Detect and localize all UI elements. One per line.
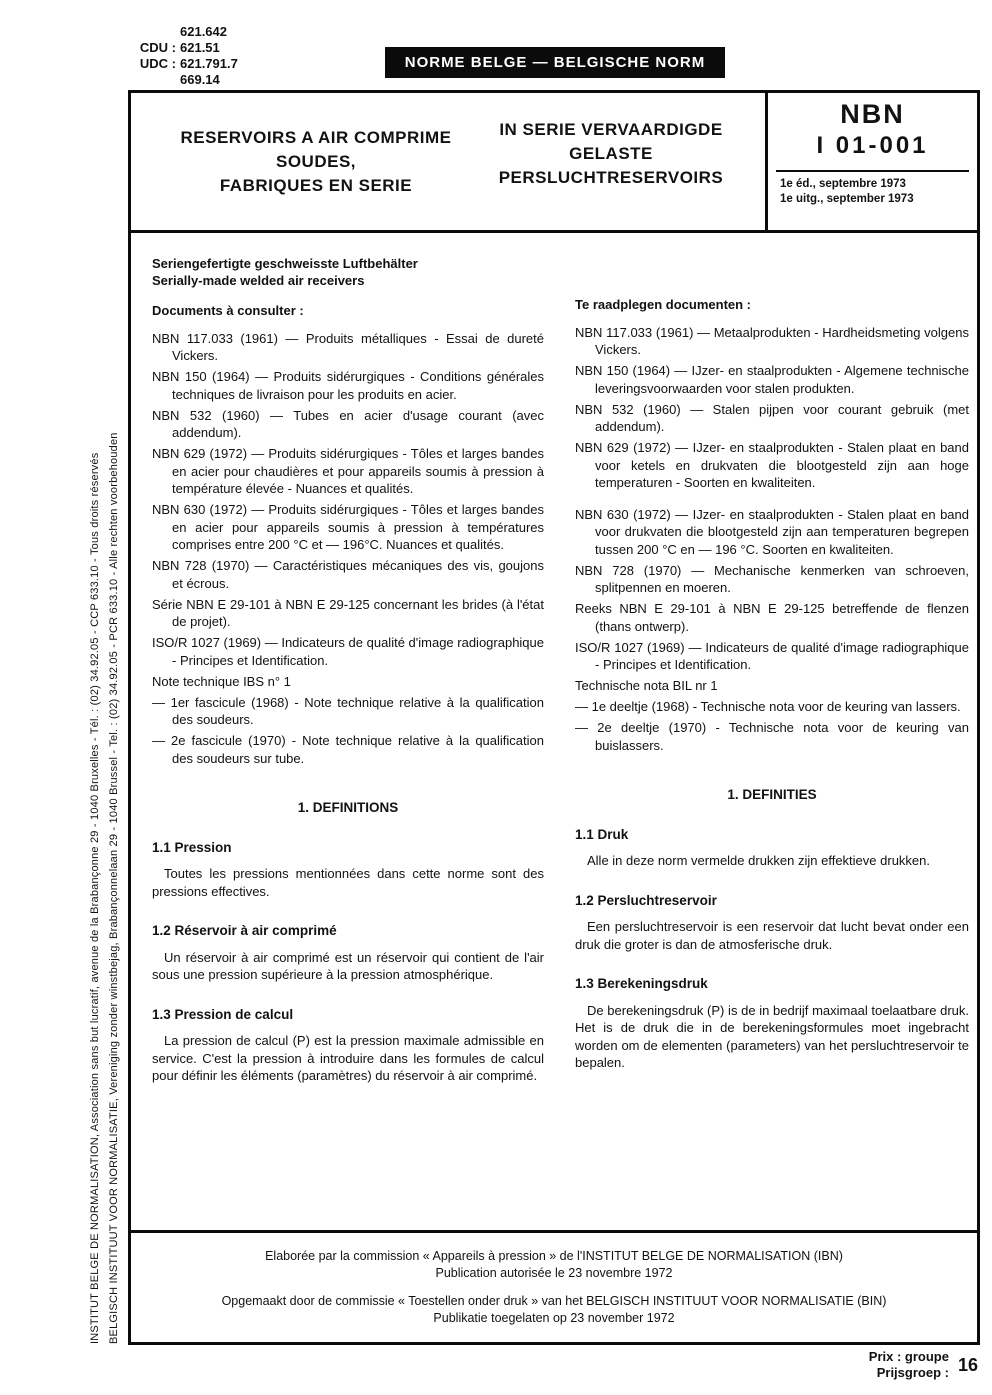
doc-item: Série NBN E 29-101 à NBN E 29-125 concer… [152, 596, 544, 631]
code-label [128, 72, 176, 88]
doc-item: — 1e deeltje (1968) - Technische nota vo… [575, 698, 969, 716]
definitions-heading-fr: 1. DEFINITIONS [152, 799, 544, 817]
code-row: CDU : 621.51 [128, 40, 238, 56]
definition-title: 1.2 Réservoir à air comprimé [152, 922, 544, 940]
edition-dutch: 1e uitg., september 1973 [768, 192, 977, 207]
price-label-nl: Prijsgroep : [869, 1365, 949, 1381]
doc-item: NBN 630 (1972) — IJzer- en staalprodukte… [575, 506, 969, 559]
imprint-line-fr: INSTITUT BELGE DE NORMALISATION, Associa… [86, 92, 105, 1344]
code-label: UDC : [128, 56, 176, 72]
doc-item: Reeks NBN E 29-101 à NBN E 29-125 betref… [575, 600, 969, 635]
document-header: RESERVOIRS A AIR COMPRIME SOUDES, FABRIQ… [131, 93, 977, 233]
doc-item: Note technique IBS n° 1 [152, 673, 544, 691]
imprint-line-nl: BELGISCH INSTITUUT VOOR NORMALISATIE, Ve… [105, 92, 124, 1344]
code-row: 669.14 [128, 72, 238, 88]
code-label [128, 24, 176, 40]
doc-item: NBN 150 (1964) — IJzer- en staalprodukte… [575, 362, 969, 397]
definition-title: 1.3 Berekeningsdruk [575, 975, 969, 993]
doc-item: — 2e fascicule (1970) - Note technique r… [152, 732, 544, 767]
definition-body: Un réservoir à air comprimé est un réser… [152, 949, 544, 984]
norm-reference-box: NBN I 01-001 1e éd., septembre 1973 1e u… [765, 93, 977, 230]
footer-line-nl-1: Opgemaakt door de commissie « Toestellen… [131, 1293, 977, 1310]
footer-line-fr-2: Publication autorisée le 23 novembre 197… [131, 1265, 977, 1282]
norm-banner: NORME BELGE — BELGISCHE NORM [385, 47, 725, 78]
price-label-fr: Prix : groupe [869, 1349, 949, 1365]
doc-item: NBN 150 (1964) — Produits sidérurgiques … [152, 368, 544, 403]
definition-body: De berekeningsdruk (P) is de in bedrijf … [575, 1002, 969, 1072]
subtitle-german: Seriengefertigte geschweisste Luftbehält… [152, 255, 544, 272]
doc-item: NBN 728 (1970) — Caractéristiques mécani… [152, 557, 544, 592]
doc-item: Technische nota BIL nr 1 [575, 677, 969, 695]
doc-item: NBN 630 (1972) — Produits sidérurgiques … [152, 501, 544, 554]
footer-line-fr-1: Elaborée par la commission « Appareils à… [131, 1248, 977, 1265]
code-value: 621.642 [180, 24, 227, 40]
code-row: 621.642 [128, 24, 238, 40]
doc-item: NBN 532 (1960) — Tubes en acier d'usage … [152, 407, 544, 442]
code-value: 669.14 [180, 72, 220, 88]
scanned-standard-page: { "codes": [ { "label": "", "value": "62… [0, 0, 992, 1395]
title-dutch-line: GELASTE [476, 142, 746, 166]
column-dutch: Te raadplegen documenten : NBN 117.033 (… [575, 236, 969, 1072]
document-frame: RESERVOIRS A AIR COMPRIME SOUDES, FABRIQ… [128, 90, 980, 1345]
norm-org: NBN [768, 99, 977, 130]
commission-footer: Elaborée par la commission « Appareils à… [131, 1230, 977, 1342]
definition-body: La pression de calcul (P) est la pressio… [152, 1032, 544, 1085]
doc-item: ISO/R 1027 (1969) — Indicateurs de quali… [152, 634, 544, 669]
code-label: CDU : [128, 40, 176, 56]
definition-title: 1.1 Druk [575, 826, 969, 844]
doc-item: NBN 532 (1960) — Stalen pijpen voor cour… [575, 401, 969, 436]
title-french: RESERVOIRS A AIR COMPRIME SOUDES, FABRIQ… [151, 126, 481, 198]
classification-codes: 621.642 CDU : 621.51 UDC : 621.791.7 669… [128, 24, 238, 88]
definition-body: Toutes les pressions mentionnées dans ce… [152, 865, 544, 900]
doc-item: NBN 629 (1972) — IJzer- en staalprodukte… [575, 439, 969, 492]
definition-title: 1.2 Persluchtreservoir [575, 892, 969, 910]
definition-body: Een persluchtreservoir is een reservoir … [575, 918, 969, 953]
doc-item: NBN 629 (1972) — Produits sidérurgiques … [152, 445, 544, 498]
code-row: UDC : 621.791.7 [128, 56, 238, 72]
title-french-line: SOUDES, [151, 150, 481, 174]
price-group: Prix : groupe Prijsgroep : 16 [869, 1349, 978, 1381]
doc-item: NBN 117.033 (1961) — Produits métallique… [152, 330, 544, 365]
price-labels: Prix : groupe Prijsgroep : [869, 1349, 949, 1381]
definition-title: 1.3 Pression de calcul [152, 1006, 544, 1024]
doc-item: NBN 117.033 (1961) — Metaalprodukten - H… [575, 324, 969, 359]
price-group-value: 16 [958, 1355, 978, 1376]
definition-body: Alle in deze norm vermelde drukken zijn … [575, 852, 969, 870]
title-dutch-line: IN SERIE VERVAARDIGDE [476, 118, 746, 142]
institute-imprint: INSTITUT BELGE DE NORMALISATION, Associa… [86, 92, 124, 1344]
column-french: Seriengefertigte geschweisste Luftbehält… [152, 236, 544, 1085]
docs-heading-fr: Documents à consulter : [152, 302, 544, 320]
doc-item: — 1er fascicule (1968) - Note technique … [152, 694, 544, 729]
code-value: 621.791.7 [180, 56, 238, 72]
norm-code: I 01-001 [768, 132, 977, 160]
doc-item: ISO/R 1027 (1969) — Indicateurs de quali… [575, 639, 969, 674]
reference-divider [776, 170, 969, 172]
title-french-line: FABRIQUES EN SERIE [151, 174, 481, 198]
title-dutch: IN SERIE VERVAARDIGDE GELASTE PERSLUCHTR… [476, 118, 746, 190]
docs-heading-nl: Te raadplegen documenten : [575, 296, 969, 314]
doc-item: NBN 728 (1970) — Mechanische kenmerken v… [575, 562, 969, 597]
definition-title: 1.1 Pression [152, 839, 544, 857]
doc-item: — 2e deeltje (1970) - Technische nota vo… [575, 719, 969, 754]
definitions-heading-nl: 1. DEFINITIES [575, 786, 969, 804]
code-value: 621.51 [180, 40, 220, 56]
subtitle-english: Serially-made welded air receivers [152, 272, 544, 289]
footer-line-nl-2: Publikatie toegelaten op 23 november 197… [131, 1310, 977, 1327]
title-french-line: RESERVOIRS A AIR COMPRIME [151, 126, 481, 150]
edition-french: 1e éd., septembre 1973 [768, 177, 977, 192]
title-dutch-line: PERSLUCHTRESERVOIRS [476, 166, 746, 190]
